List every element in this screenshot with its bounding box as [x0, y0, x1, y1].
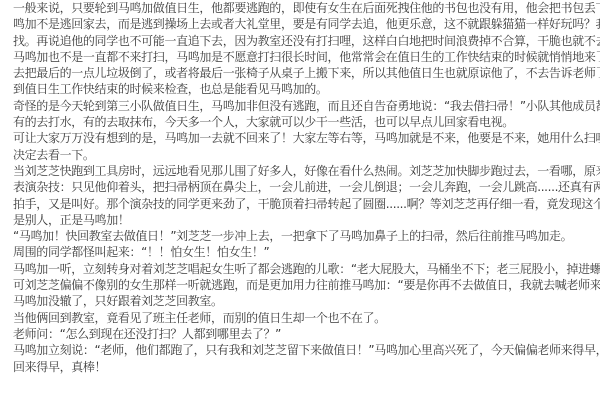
- text-line: 找。再说追他的同学也不可能一直追下去，因为教室还没有打扫哩，这样白白地把时间浪费…: [13, 33, 593, 49]
- text-line: 拍手，又是叫好。那个演杂技的同学更来劲了，干脆顶着扫帚转起了圆圈......啊？…: [13, 196, 593, 212]
- text-line: 到值日生工作快结束的时候来检查，也总是能看见马鸣加的。: [13, 81, 593, 97]
- text-line: 有的去打水，有的去取抹布，今天多一个人，大家就可以少干一些活，也可以早点儿回家看…: [13, 114, 593, 130]
- text-line: 当刘芝芝快跑到工具房时，远远地看见那儿围了好多人，好像在看什么热闹。刘芝芝加快脚…: [13, 163, 593, 179]
- article-body: 一般来说，只要轮到马鸣加做值日生，他都要逃跑的，即使有女生在后面死拽住他的书包也…: [13, 0, 593, 375]
- text-line: 是别人，正是马鸣加！: [13, 212, 593, 228]
- text-line: 老师问：“怎么到现在还没打扫？人都到哪里去了？”: [13, 326, 593, 342]
- text-line: 马鸣加没辙了，只好跟着刘芝芝回教室。: [13, 293, 593, 309]
- text-line: 鸣加不是逃回家去，而是逃到操场上去或者大礼堂里，要是有同学去追，他更乐意，这不就…: [13, 16, 593, 32]
- text-line: 表演杂技：只见他仰着头，把扫帚柄顶在鼻尖上，一会儿前进，一会儿倒退；一会儿奔跑，…: [13, 179, 593, 195]
- text-line: 周围的同学都怪叫起来：“！！怕女生！怕女生！”: [13, 244, 593, 260]
- text-line: 回来得早，真棒！: [13, 359, 593, 375]
- text-line: “马鸣加！快回教室去做值日！”刘芝芝一步冲上去，一把拿下了马鸣加鼻子上的扫帚，然…: [13, 228, 593, 244]
- text-line: 马鸣加也不是一直都不来打扫，马鸣加是不愿意打扫很长时间，他常常会在值日生的工作快…: [13, 49, 593, 65]
- text-line: 可让大家万万没有想到的是，马鸣加一去就不回来了！大家左等右等，马鸣加就是不来，他…: [13, 130, 593, 146]
- text-line: 当他俩回到教室，竟看见了班主任老师，而别的值日生却一个也不在了。: [13, 310, 593, 326]
- text-line: 奇怪的是今天轮到第三小队做值日生，马鸣加非但没有逃跑，而且还自告奋勇地说：“我去…: [13, 98, 593, 114]
- text-line: 决定去看一下。: [13, 147, 593, 163]
- text-line: 去把最后的一点儿垃圾倒了，或者将最后一张椅子从桌子上搬下来，所以其他值日生也就原…: [13, 65, 593, 81]
- text-line: 马鸣加立刻说：“老师，他们都跑了，只有我和刘芝芝留下来做值日！”马鸣加心里高兴死…: [13, 342, 593, 358]
- text-line: 一般来说，只要轮到马鸣加做值日生，他都要逃跑的，即使有女生在后面死拽住他的书包也…: [13, 0, 593, 16]
- text-line: 马鸣加一听，立刻转身对着刘芝芝唱起女生听了都会逃跑的儿歌：“老大屁股大，马桶坐不…: [13, 261, 593, 277]
- text-line: 可刘芝芝偏偏不像别的女生那样一听就逃跑，而是更加用力往前推马鸣加：“要是你再不去…: [13, 277, 593, 293]
